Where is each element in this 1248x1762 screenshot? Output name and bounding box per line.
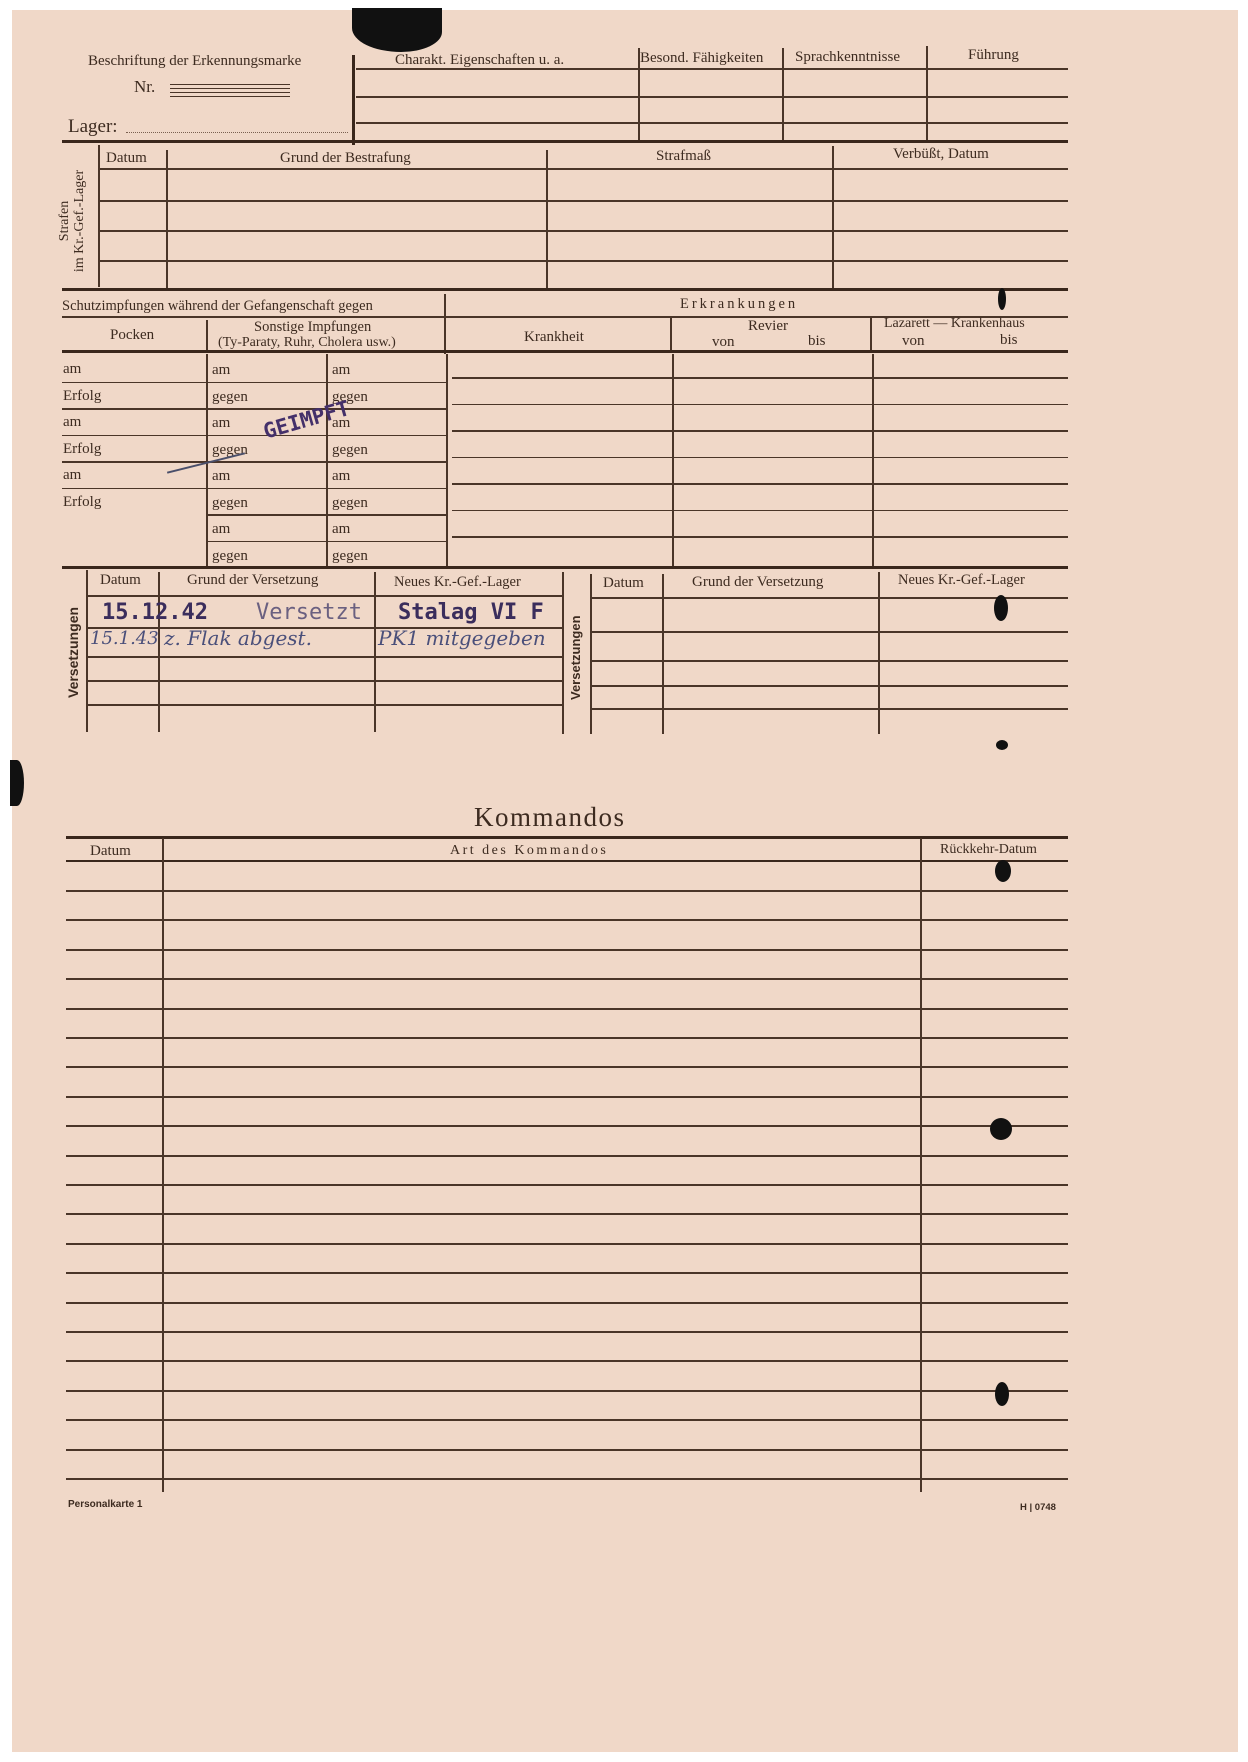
revier-bis: bis [808,334,826,349]
vers-entry-2-lager: PK1 mitgegeben [378,626,546,650]
lazarett-bis: bis [1000,333,1018,348]
sonstige-row-label: gegen [212,390,248,405]
nr-label: Nr. [134,78,155,95]
col-sprachkenntnisse: Sprachkenntnisse [795,50,900,65]
strafen-col-datum: Datum [106,151,147,166]
sonstige-row-label: am [212,469,230,484]
punch-hole [996,740,1008,750]
punch-hole [995,860,1011,882]
pocken-label: Pocken [110,328,154,343]
sonstige-row-label: am [332,363,350,378]
vers-entry-2-grund: z. Flak abgest. [164,626,312,650]
vers-entry-1-lager: Stalag VI F [398,600,544,625]
strafen-col-grund: Grund der Bestrafung [280,151,411,166]
sonstige-row-label: gegen [212,549,248,564]
sonstige-row-label: am [212,522,230,537]
tear-left [10,760,24,806]
punch-hole [998,288,1006,310]
pocken-row-label: am [63,362,81,377]
vers-entry-2-datum: 15.1.43 [90,628,159,649]
sonstige-row-label: gegen [332,443,368,458]
print-code: H | 0748 [1020,1503,1056,1513]
pocken-row-label: Erfolg [63,442,101,457]
personnel-card [12,10,1238,1752]
vers-right-col-datum: Datum [603,576,644,591]
kommandos-col-art: Art des Kommandos [450,844,608,858]
kommandos-title: Kommandos [474,804,626,831]
vers-col-grund: Grund der Versetzung [187,573,318,588]
vers-entry-1-grund: Versetzt [256,600,362,625]
lager-label: Lager: [68,117,118,136]
pocken-row-label: Erfolg [63,495,101,510]
vers-col-datum: Datum [100,573,141,588]
kommandos-col-datum: Datum [90,844,131,859]
strafen-side-label: Strafenim Kr.-Gef.-Lager [58,160,87,282]
sonstige-row-label: am [332,522,350,537]
strafen-col-verbuesst: Verbüßt, Datum [893,147,989,162]
kommandos-col-rueckkehr: Rückkehr-Datum [940,843,1037,857]
col-faehigkeiten: Besond. Fähigkeiten [640,51,763,66]
form-id: Personalkarte 1 [68,1500,143,1510]
sonstige-row-label: am [212,363,230,378]
revier-von: von [712,335,735,350]
sonstige-label: Sonstige Impfungen [254,320,371,335]
vers-col-lager: Neues Kr.-Gef.-Lager [394,575,521,590]
pocken-row-label: am [63,415,81,430]
punch-hole [995,1382,1009,1406]
lazarett-label: Lazarett — Krankenhaus [884,317,1025,331]
pocken-row-label: am [63,468,81,483]
col-fuehrung: Führung [968,48,1019,63]
sonstige-row-label: gegen [212,496,248,511]
strafen-col-strafmass: Strafmaß [656,149,711,164]
sonstige-row-label: am [332,469,350,484]
versetzungen-side-label: Versetzungen [66,607,81,698]
versetzungen-side-label-right: Versetzungen [569,615,583,700]
krankheit-label: Krankheit [524,330,584,345]
pocken-row-label: Erfolg [63,389,101,404]
sonstige-sub: (Ty-Paraty, Ruhr, Cholera usw.) [218,336,396,350]
punch-hole [994,595,1008,621]
sonstige-row-label: am [212,416,230,431]
col-charakter: Charakt. Eigenschaften u. a. [395,53,564,68]
impfungen-title: Schutzimpfungen während der Gefangenscha… [62,299,373,314]
sonstige-row-label: gegen [332,549,368,564]
erkrankungen-title: Erkrankungen [680,297,798,312]
vers-entry-1-datum: 15.12.42 [102,600,208,625]
lager-field[interactable] [126,132,348,133]
lazarett-von: von [902,334,925,349]
erkennungsmarke-label: Beschriftung der Erkennungsmarke [88,54,301,69]
revier-label: Revier [748,319,788,334]
sonstige-row-label: gegen [332,496,368,511]
vers-right-col-lager: Neues Kr.-Gef.-Lager [898,573,1025,588]
punch-hole [990,1118,1012,1140]
vers-right-col-grund: Grund der Versetzung [692,575,823,590]
